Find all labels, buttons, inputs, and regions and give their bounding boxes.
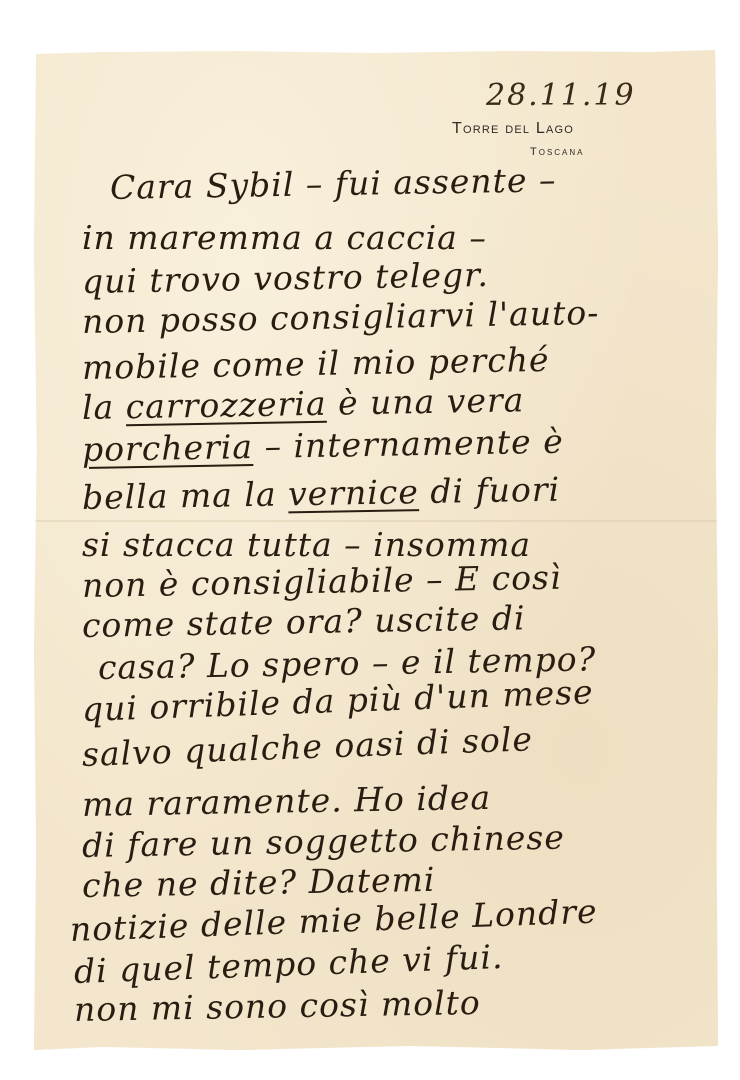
letterhead-region: Toscana	[530, 146, 585, 158]
underlined-word: vernice	[288, 472, 419, 513]
handwritten-line: si stacca tutta – insomma	[82, 525, 531, 564]
underlined-word: porcheria	[82, 427, 254, 469]
paper-fold	[34, 520, 718, 522]
letter-date: 28.11.19	[486, 78, 636, 113]
handwritten-line: come state ora? uscite di	[82, 598, 526, 645]
handwritten-line: la carrozzeria è una vera	[82, 380, 525, 427]
handwritten-line: in maremma a caccia –	[82, 218, 487, 257]
handwritten-line: bella ma la vernice di fuori	[82, 470, 561, 517]
handwritten-line: Cara Sybil – fui assente –	[110, 160, 557, 207]
handwritten-line: qui trovo vostro telegr.	[82, 255, 489, 301]
handwritten-line: mobile come il mio perché	[82, 340, 550, 387]
handwritten-line: ma raramente. Ho idea	[82, 778, 492, 824]
letterhead-place: Torre del Lago	[452, 120, 585, 138]
letterhead: Torre del Lago Toscana	[452, 120, 585, 158]
underlined-word: carrozzeria	[125, 384, 327, 427]
handwritten-line: non mi sono così molto	[74, 983, 481, 1029]
